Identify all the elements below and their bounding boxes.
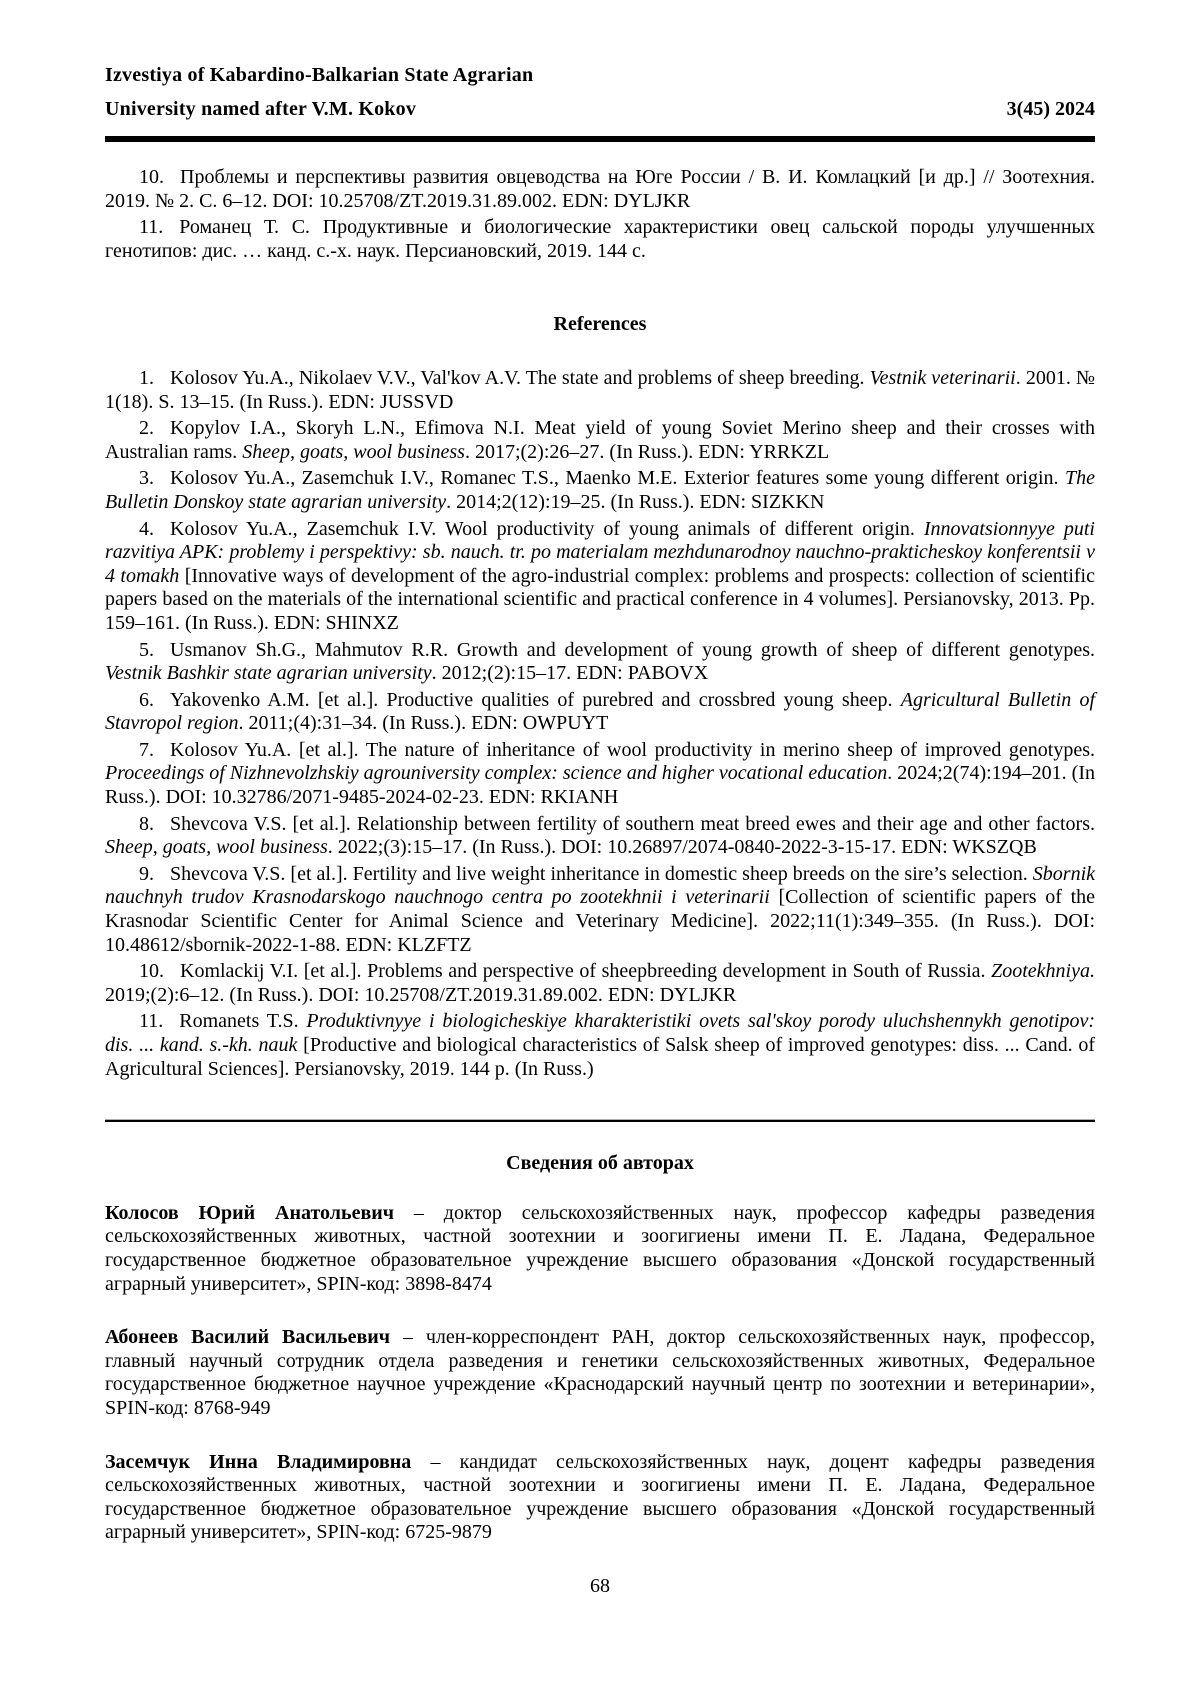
reference-text: Kolosov Yu.A., Zasemchuk I.V., Romanec T… <box>170 467 1065 489</box>
authors-list: Колосов Юрий Анатольевич – доктор сельск… <box>105 1202 1095 1545</box>
reference-source-title: Zootekhniya. <box>991 960 1095 982</box>
reference-item: 3.Kolosov Yu.A., Zasemchuk I.V., Romanec… <box>105 467 1095 514</box>
reference-item: 7.Kolosov Yu.A. [et al.]. The nature of … <box>105 739 1095 810</box>
reference-text: Проблемы и перспективы развития овцеводс… <box>105 166 1095 212</box>
author-item: Колосов Юрий Анатольевич – доктор сельск… <box>105 1202 1095 1296</box>
reference-text: Kolosov Yu.A., Nikolaev V.V., Val'kov A.… <box>170 367 870 389</box>
reference-item: 10.Komlackij V.I. [et al.]. Problems and… <box>105 960 1095 1007</box>
page-number: 68 <box>105 1575 1095 1599</box>
reference-number: 4. <box>139 518 154 540</box>
author-name: Абонеев Василий Васильевич <box>105 1326 390 1348</box>
reference-text: Shevcova V.S. [et al.]. Relationship bet… <box>170 813 1095 835</box>
reference-item: 4.Kolosov Yu.A., Zasemchuk I.V. Wool pro… <box>105 518 1095 636</box>
references-list: 1.Kolosov Yu.A., Nikolaev V.V., Val'kov … <box>105 367 1095 1081</box>
reference-text: [Innovative ways of development of the a… <box>105 565 1095 634</box>
references-section: References 1.Kolosov Yu.A., Nikolaev V.V… <box>105 313 1095 1081</box>
authors-section: Сведения об авторах Колосов Юрий Анатоль… <box>105 1152 1095 1545</box>
author-name: Засемчук Инна Владимировна <box>105 1451 411 1473</box>
reference-number: 1. <box>139 367 154 389</box>
journal-issue-number: 3(45) 2024 <box>1007 92 1095 126</box>
reference-number: 10. <box>139 166 164 188</box>
reference-text: . 2017;(2):26–27. (In Russ.). EDN: YRRKZ… <box>465 441 829 463</box>
journal-title-line1: Izvestiya of Kabardino-Balkarian State A… <box>105 58 1095 92</box>
reference-text: . 2014;2(12):19–25. (In Russ.). EDN: SIZ… <box>446 491 824 513</box>
reference-item: 9.Shevcova V.S. [et al.]. Fertility and … <box>105 863 1095 957</box>
reference-text: Komlackij V.I. [et al.]. Problems and pe… <box>180 960 991 982</box>
reference-number: 11. <box>139 1010 163 1032</box>
reference-text: Kolosov Yu.A. [et al.]. The nature of in… <box>170 739 1095 761</box>
reference-item: 11.Romanets T.S. Produktivnyye i biologi… <box>105 1010 1095 1081</box>
reference-text: . 2011;(4):31–34. (In Russ.). EDN: OWPUY… <box>239 712 609 734</box>
reference-number: 11. <box>139 216 163 238</box>
reference-number: 2. <box>139 417 154 439</box>
reference-text: . 2022;(3):15–17. (In Russ.). DOI: 10.26… <box>328 836 1037 858</box>
reference-number: 7. <box>139 739 154 761</box>
header-rule <box>105 136 1095 142</box>
journal-header: Izvestiya of Kabardino-Balkarian State A… <box>105 58 1095 142</box>
author-name: Колосов Юрий Анатольевич <box>105 1202 394 1224</box>
section-divider <box>105 1119 1095 1122</box>
reference-text: Usmanov Sh.G., Mahmutov R.R. Growth and … <box>170 639 1095 661</box>
author-item: Абонеев Василий Васильевич – член-коррес… <box>105 1326 1095 1420</box>
reference-number: 10. <box>139 960 164 982</box>
reference-source-title: Vestnik Bashkir state agrarian universit… <box>105 662 432 684</box>
reference-source-title: Proceedings of Nizhnevolzhskiy agrounive… <box>105 762 887 784</box>
reference-source-title: Sheep, goats, wool business <box>105 836 328 858</box>
author-item: Засемчук Инна Владимировна – кандидат се… <box>105 1451 1095 1545</box>
reference-number: 6. <box>139 689 154 711</box>
reference-source-title: Sheep, goats, wool business <box>242 441 465 463</box>
reference-text: Kolosov Yu.A., Zasemchuk I.V. Wool produ… <box>170 518 924 540</box>
russian-reference-item: 11.Романец Т. С. Продуктивные и биологич… <box>105 216 1095 263</box>
reference-text: 2019;(2):6–12. (In Russ.). DOI: 10.25708… <box>105 984 736 1006</box>
authors-heading: Сведения об авторах <box>105 1152 1095 1176</box>
journal-title-line2: University named after V.M. Kokov <box>105 92 416 126</box>
reference-number: 8. <box>139 813 154 835</box>
reference-item: 8.Shevcova V.S. [et al.]. Relationship b… <box>105 813 1095 860</box>
reference-text: . 2012;(2):15–17. EDN: PABOVX <box>432 662 709 684</box>
reference-item: 5.Usmanov Sh.G., Mahmutov R.R. Growth an… <box>105 639 1095 686</box>
reference-item: 6.Yakovenko A.M. [et al.]. Productive qu… <box>105 689 1095 736</box>
reference-text: Yakovenko A.M. [et al.]. Productive qual… <box>170 689 901 711</box>
reference-number: 3. <box>139 467 154 489</box>
reference-text: Романец Т. С. Продуктивные и биологическ… <box>105 216 1095 262</box>
reference-item: 1.Kolosov Yu.A., Nikolaev V.V., Val'kov … <box>105 367 1095 414</box>
russian-reference-list: 10.Проблемы и перспективы развития овцев… <box>105 166 1095 263</box>
reference-text: Romanets T.S. <box>179 1010 306 1032</box>
references-heading: References <box>105 313 1095 337</box>
reference-number: 9. <box>139 863 154 885</box>
reference-number: 5. <box>139 639 154 661</box>
reference-source-title: Vestnik veterinarii <box>870 367 1016 389</box>
reference-text: Shevcova V.S. [et al.]. Fertility and li… <box>170 863 1033 885</box>
document-page: Izvestiya of Kabardino-Balkarian State A… <box>0 0 1200 1697</box>
russian-reference-item: 10.Проблемы и перспективы развития овцев… <box>105 166 1095 213</box>
reference-item: 2.Kopylov I.A., Skoryh L.N., Efimova N.I… <box>105 417 1095 464</box>
